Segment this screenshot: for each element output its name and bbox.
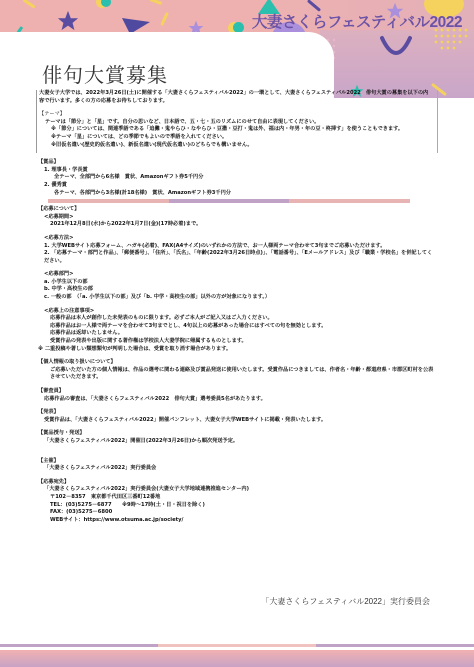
award-delivery-heading: 【賞品授与・発送】 [38, 430, 436, 438]
note-item: 応募作品は本人が創作した未発表のものに限ります。必ずご本人がご記入又はご入力くだ… [38, 315, 436, 323]
prizes-heading: 【賞品】 [38, 159, 436, 167]
application-heading: 【応募について】 [38, 206, 436, 214]
document-body: 大妻女子大学では、2022年3月26日(土)に開催する「大妻さくらフェスティバル… [38, 90, 436, 524]
confetti-circle-teal-icon [101, 0, 111, 7]
section-divider [48, 199, 410, 203]
theme-note: ※旧仮名遣い(歴史的仮名遣い)、新仮名遣い(現代仮名遣い)のどちらでも構いません… [39, 142, 431, 150]
contact-address: 〒102－8357 東京都千代田区三番町12番地 [38, 494, 436, 502]
judges-heading: 【審査員】 [38, 388, 436, 396]
intro-paragraph: 大妻女子大学では、2022年3月26日(土)に開催する「大妻さくらフェスティバル… [39, 90, 431, 105]
page-title: 俳句大賞募集 [42, 59, 168, 88]
award-delivery-text: 「大妻さくらフェスティバル2022」開催日(2022年3月26日)から順次発送予… [38, 438, 436, 446]
method-item: 1. 大学WEBサイト応募フォーム、ハガキ(必着)、FAX(A4サイズ)のいずれ… [38, 243, 436, 251]
contact-line: 「大妻さくらフェスティバル2022」実行委員会(大妻女子大学地域連携推進センター… [38, 486, 436, 494]
contact-tel: TEL：(03)5275－6877 ※9時～17時(土・日・祝日を除く) [38, 502, 436, 510]
division-item: a. 小学生以下の部 [38, 279, 436, 287]
contact-fax: FAX：(03)5275－6800 [38, 509, 436, 517]
method-item: 2. 「応募テーマ・部門と作品」、「郵便番号」、「住所」、「氏名」、「年齢(20… [38, 250, 436, 265]
footer-divider [0, 644, 474, 647]
note-item: 受賞作品の発表や出版に関する著作権は学校法人大妻学院に帰属するものとします。 [38, 338, 436, 346]
prize-title: 2. 優秀賞 [38, 182, 436, 190]
privacy-text: ご応募いただいた方の個人情報は、作品の選考に関わる連絡及び賞品発送に使用いたしま… [38, 367, 436, 382]
theme-note: ※テーマ「星」については、どの季節でもよいので季語を入れてください。 [39, 134, 431, 142]
division-item: b. 中学・高校生の部 [38, 286, 436, 294]
note-warning: ※ 二重投稿や著しい類想類句が判明した場合は、受賞を取り消す場合があります。 [38, 346, 436, 354]
announcement-text: 受賞作品は、「大妻さくらフェスティバル2022」開催パンフレット、大妻女子大学W… [38, 417, 436, 425]
prize-detail: 各テーマ、各部門から3名様(計18名様) 賞状、Amazonギフト券3千円分 [38, 190, 436, 198]
privacy-heading: 【個人情報の取り扱いについて】 [38, 359, 436, 367]
theme-heading: 【テーマ】 [39, 111, 431, 119]
confetti-yellow-dash-icon [22, 0, 35, 9]
brand-title: 大妻さくらフェスティバル2022 [252, 10, 462, 32]
divisions-label: <応募部門> [38, 271, 436, 279]
confetti-yellow-dash-icon [150, 0, 162, 5]
footer-band [0, 650, 474, 667]
note-item: 応募作品は返却いたしません。 [38, 330, 436, 338]
contact-web-link[interactable]: WEBサイト：https://www.otsuma.ac.jp/society/ [38, 517, 436, 525]
organizer-text: 「大妻さくらフェスティバル2022」実行委員会 [38, 465, 436, 473]
announcement-heading: 【発表】 [38, 409, 436, 417]
prize-detail: 全テーマ、全部門から6名様 賞状、Amazonギフト券5千円分 [38, 174, 436, 182]
theme-note: ※「節分」については、関連季語である「追儺・鬼やらひ・なやらひ・豆撒・豆打・鬼は… [39, 126, 431, 134]
confetti-yellow-dash-icon [160, 12, 169, 26]
period-text: 2021年12月8日(水)から2022年1月7日(金)(17時必着)まで。 [38, 221, 436, 229]
division-item: c. 一般の部 （「a. 小学生以下の部」及び「b. 中学・高校生の部」以外の方… [38, 294, 436, 302]
arc-icon [378, 34, 414, 60]
method-label: <応募方法> [38, 235, 436, 243]
star-icon [57, 10, 79, 32]
intro-box: 大妻女子大学では、2022年3月26日(土)に開催する「大妻さくらフェスティバル… [36, 90, 438, 153]
judges-text: 応募作品の審査は、「大妻さくらフェスティバル2022 俳句大賞」選考委員5名があ… [38, 396, 436, 404]
footer-signature: 「大妻さくらフェスティバル2022」実行委員会 [261, 596, 430, 607]
